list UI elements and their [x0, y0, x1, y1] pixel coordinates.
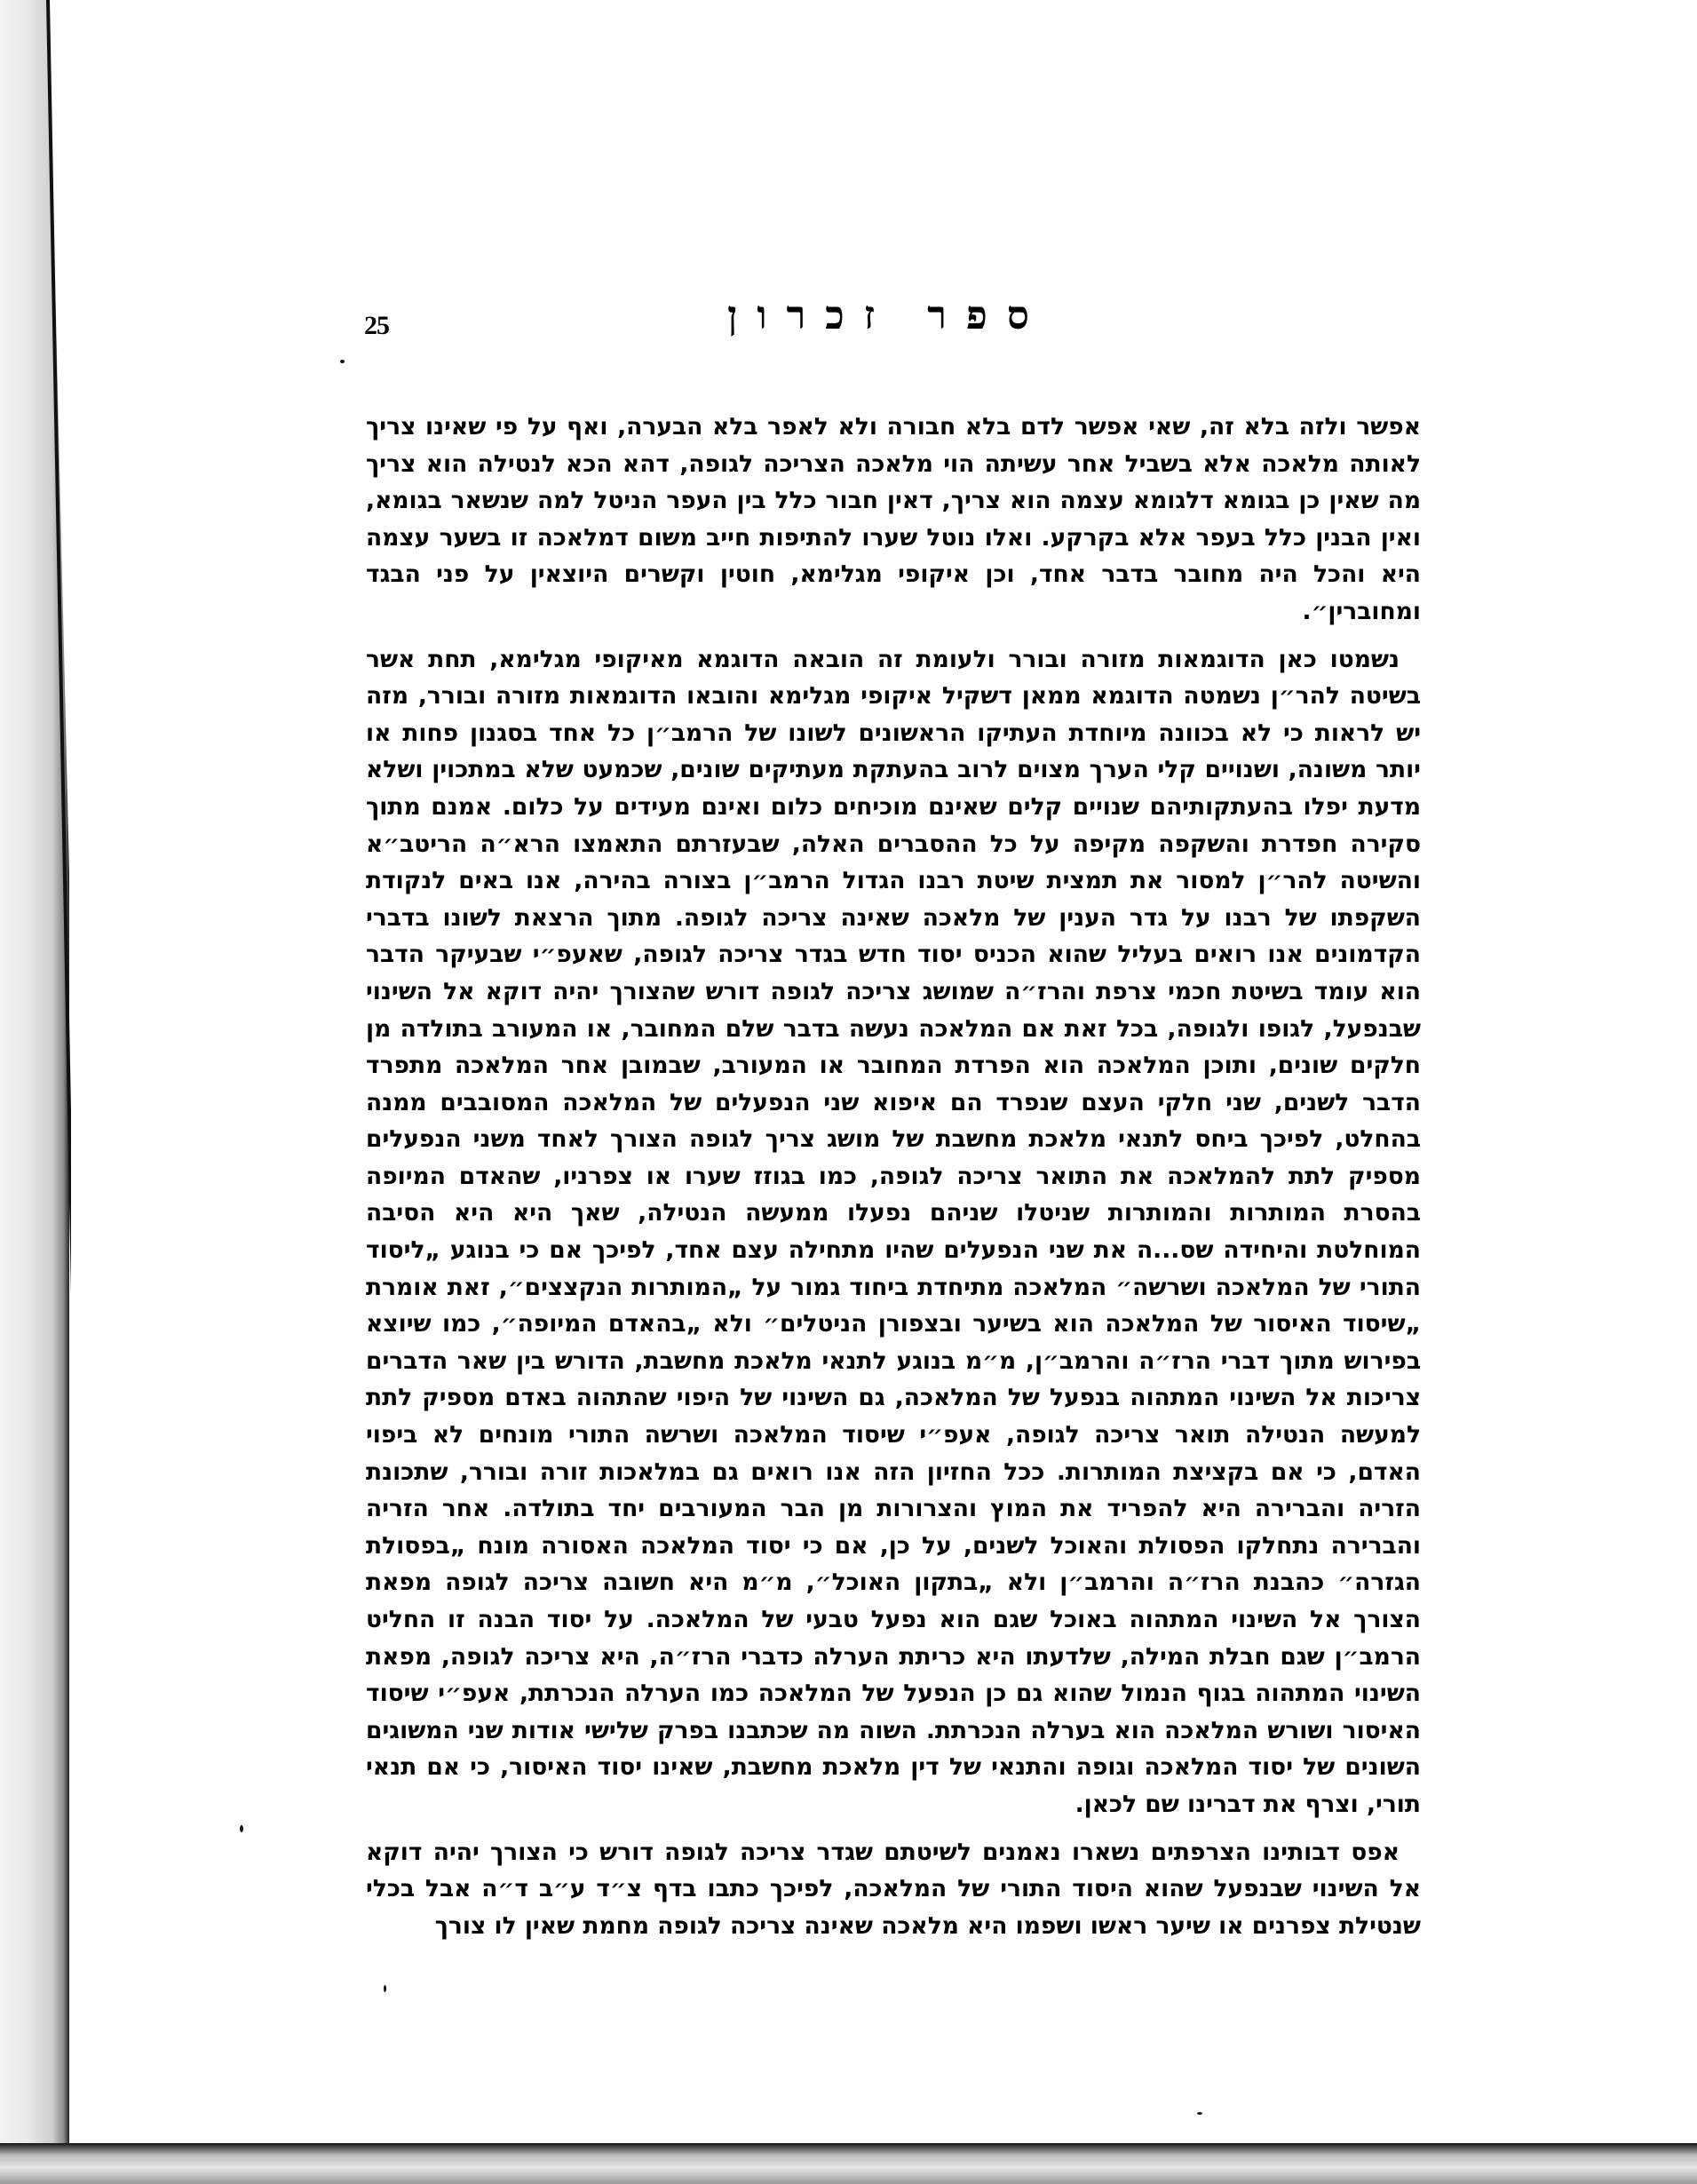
paragraph: נשמטו כאן הדוגמאות מזורה ובורר ולעומת זה… — [366, 641, 1421, 1823]
scan-speck — [340, 360, 345, 363]
scan-shadow-left — [0, 0, 69, 2184]
running-title: ספר זכרון — [364, 293, 1412, 338]
scan-speck — [384, 1985, 386, 1992]
scan-speck — [240, 1825, 243, 1832]
scan-speck — [1197, 2112, 1202, 2115]
scan-shadow-bottom — [0, 2143, 1697, 2184]
paragraph: אפשר ולזה בלא זה, שאי אפשר לדם בלא חבורה… — [366, 409, 1421, 631]
body-text: אפשר ולזה בלא זה, שאי אפשר לדם בלא חבורה… — [366, 409, 1421, 1955]
paragraph: אפס דבותינו הצרפתים נשארו נאמנים לשיטתם … — [366, 1834, 1421, 1945]
page-header: 25 ספר זכרון — [364, 293, 1412, 346]
